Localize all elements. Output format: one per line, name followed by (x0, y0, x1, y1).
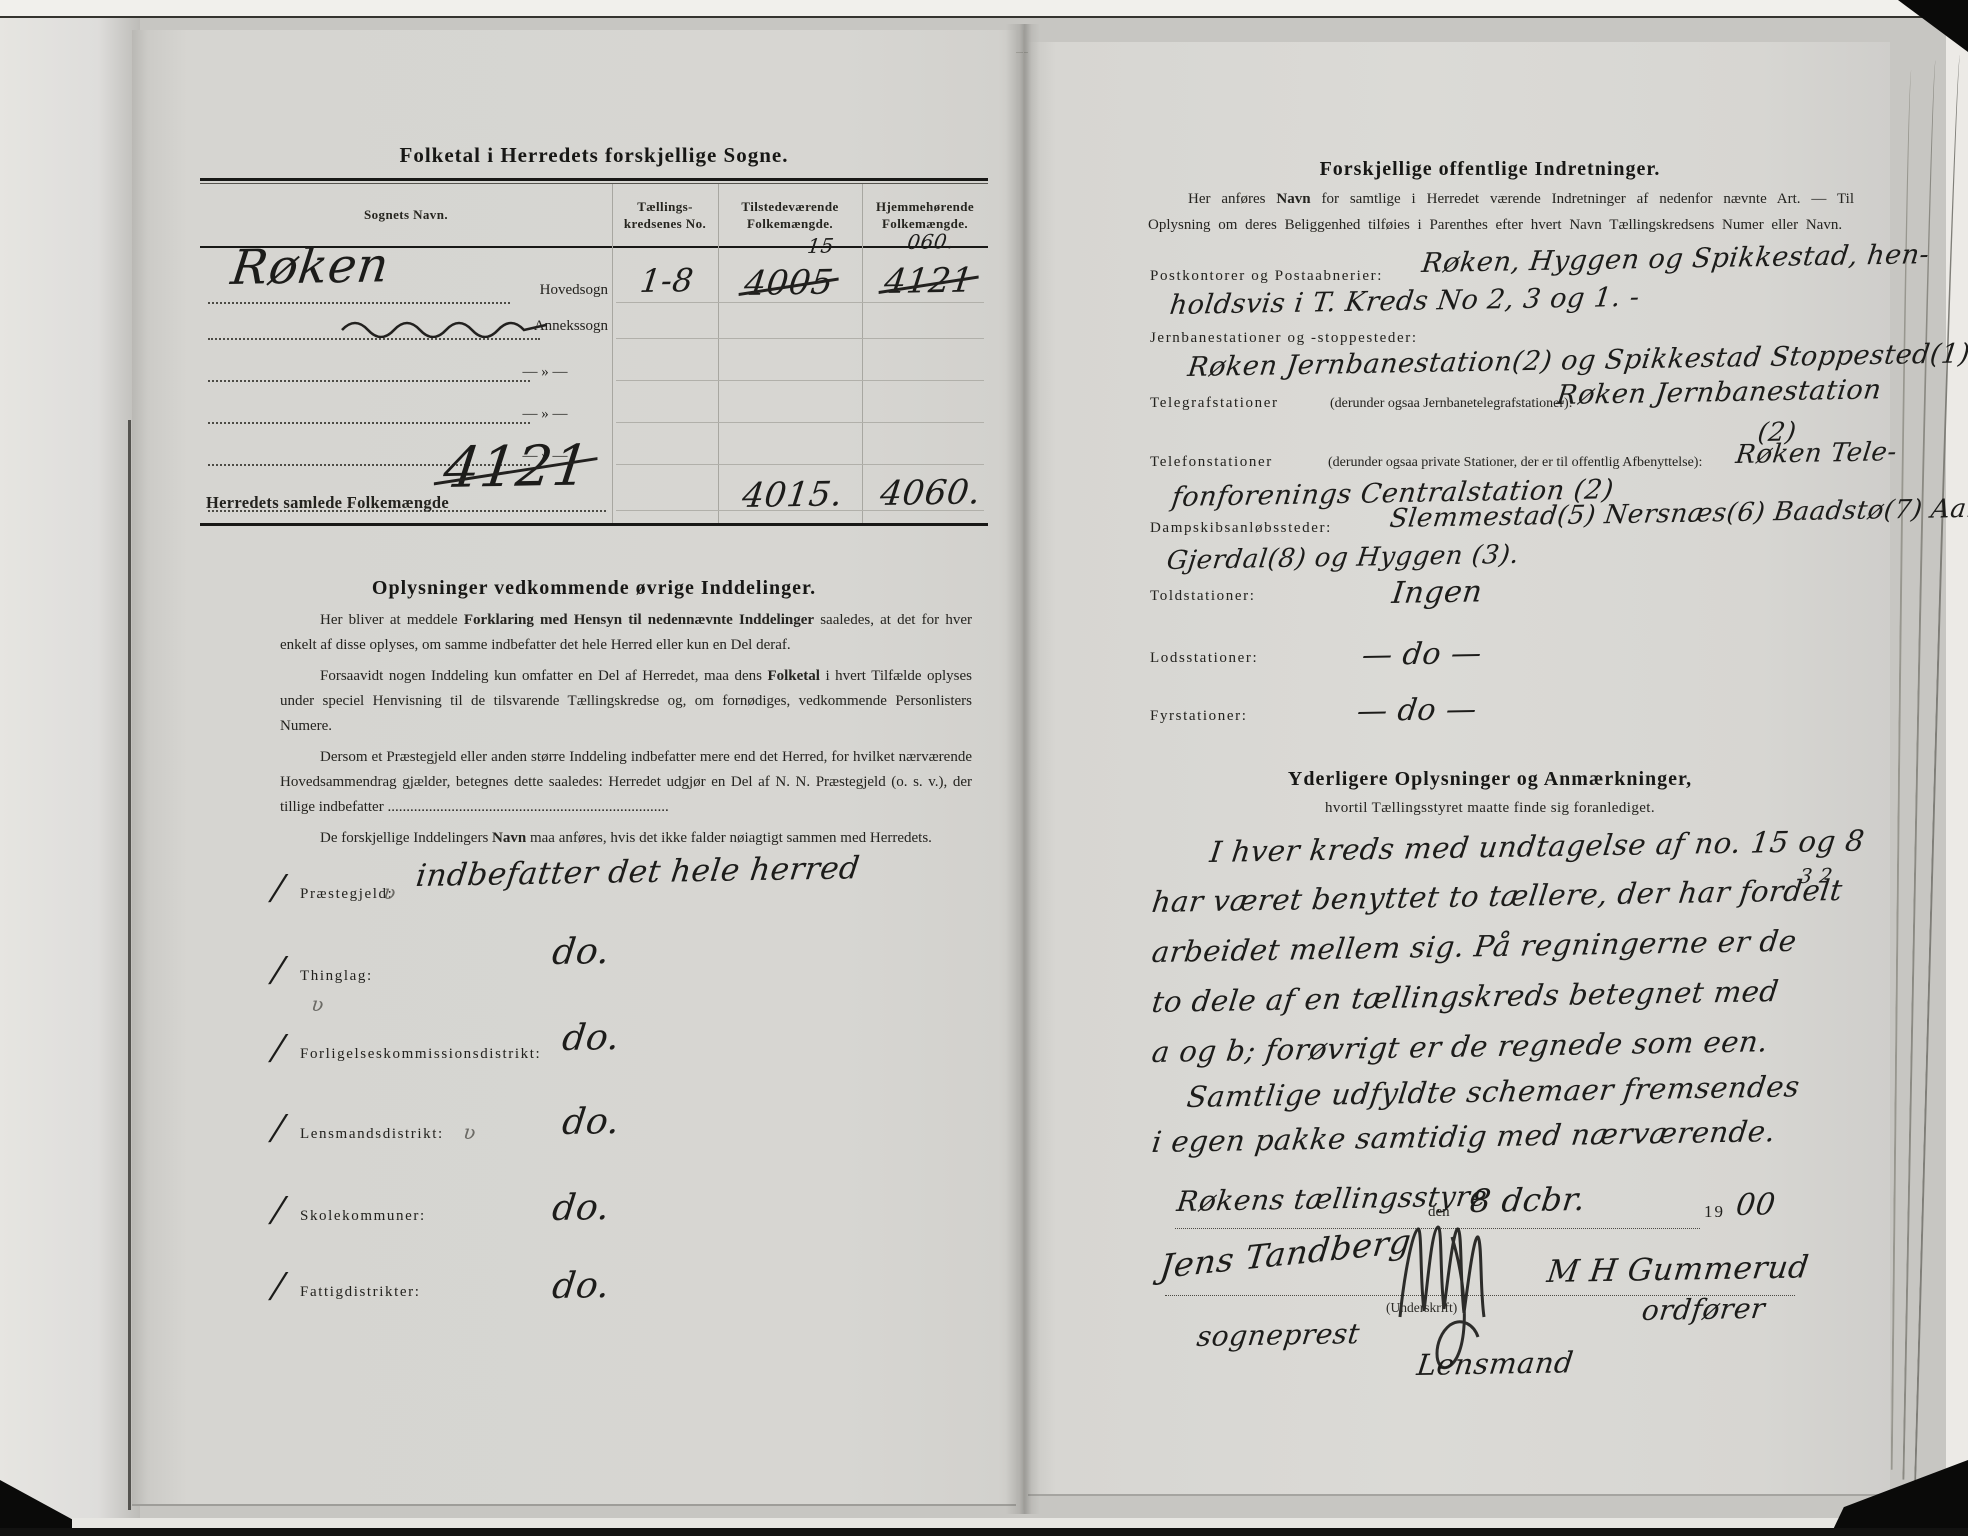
facility-value-told: Ingen (1390, 574, 1484, 611)
remarks-title: Yderligere Oplysninger og Anmærkninger, (1140, 768, 1840, 791)
remarks-note-line7: i egen pakke samtidig med nærværende. (1150, 1114, 1778, 1159)
present-population-struck: 4005 (742, 262, 836, 304)
facility-label-telegraf: Telegrafstationer (1150, 395, 1279, 412)
total-original-value: 4121 (440, 433, 593, 501)
facility-label-lods: Lodsstationer: (1150, 650, 1258, 667)
division-label-skolekommuner: Skolekommuner: (300, 1208, 426, 1225)
facility-paren-telefon: (derunder ogsaa private Stationer, der e… (1328, 455, 1702, 471)
info-paragraph-2: Forsaavidt nogen Inddeling kun omfatter … (280, 664, 972, 739)
facility-value-lods: — do — (1360, 636, 1484, 673)
hovedsogn-label: Hovedsogn (500, 282, 608, 299)
slash-mark: / (270, 868, 287, 908)
population-table: Sognets Navn. Tællings- kredsenes No. Ti… (200, 178, 988, 525)
pencil-check-mark: ʋ (382, 880, 398, 904)
facility-value-post-line1: Røken, Hyggen og Spikkestad, hen- (1420, 239, 1931, 279)
total-present-population: 4015. (740, 474, 845, 516)
pencil-check-mark: ʋ (462, 1120, 478, 1144)
facility-label-told: Toldstationer: (1150, 588, 1256, 605)
signoff-year-handwritten: 00 (1734, 1187, 1778, 1223)
slash-mark: / (270, 1028, 287, 1068)
circuit-numbers-handwritten: 1-8 (638, 261, 696, 300)
slash-mark: / (270, 1108, 287, 1148)
home-population-correction: 060. (906, 229, 956, 254)
division-value-fattigdistrikter: do. (550, 1265, 612, 1307)
signature-sogneprest-role: sogneprest (1195, 1317, 1362, 1353)
black-corner-top-right (1898, 0, 1968, 52)
home-population-original: 4121 (882, 260, 976, 302)
info-paragraph-4: De forskjellige Inddelingers Navn maa an… (280, 826, 972, 851)
table-rule-bottom (200, 523, 988, 526)
ditto-mark-row3: — » — (500, 364, 590, 381)
facility-label-jernbane: Jernbanestationer og -stoppesteder: (1150, 330, 1418, 347)
facility-value-telegraf-line1: Røken Jernbanestation (1555, 374, 1883, 411)
division-value-lensmand: do. (560, 1101, 622, 1143)
remarks-subtitle: hvortil Tællingsstyret maatte finde sig … (1140, 800, 1840, 817)
remarks-note-line2: har været benyttet to tællere, der har f… (1150, 873, 1844, 919)
signature-ordforer-role: ordfører (1640, 1292, 1767, 1327)
info-section-paragraphs: Her bliver at meddele Forklaring med Hen… (280, 608, 972, 857)
remarks-note-line5: a og b; forøvrigt er de regnede som een. (1150, 1024, 1770, 1069)
total-home-population: 4060. (878, 472, 983, 514)
division-label-thinglag: Thinglag: (300, 968, 373, 985)
facility-value-fyr: — do — (1355, 692, 1479, 729)
home-population-struck: 4121 (882, 260, 976, 302)
pencil-check-mark: ʋ (310, 992, 326, 1016)
present-population-original: 4005 (742, 262, 836, 304)
annekssogn-label: Annekssogn (500, 318, 608, 335)
signoff-year-printed: 19 (1704, 1202, 1725, 1222)
facility-label-fyr: Fyrstationer: (1150, 708, 1247, 725)
facility-value-telefon-line1: Røken Tele- (1734, 437, 1899, 470)
signature-ordforer-name: M H Gummerud (1545, 1249, 1811, 1290)
facility-label-telefon: Telefonstationer (1150, 454, 1273, 471)
facility-label-post: Postkontorer og Postaabnerier: (1150, 268, 1383, 285)
division-label-prestegjeld: Præstegjeld: (300, 886, 393, 903)
right-intro-paragraph: Her anføres Navn for samtlige i Herredet… (1148, 186, 1854, 238)
info-paragraph-1: Her bliver at meddele Forklaring med Hen… (280, 608, 972, 658)
facility-label-dampskib: Dampskibsanløbssteder: (1150, 520, 1332, 537)
info-paragraph-3: Dersom et Præstegjeld eller anden større… (280, 745, 972, 820)
slash-mark: / (270, 1190, 287, 1230)
census-book-scan: Folketal i Herredets forskjellige Sogne.… (0, 0, 1968, 1536)
ditto-mark-row4: — » — (500, 406, 590, 423)
underskrift-printed-label: (Underskrift) (1386, 1300, 1457, 1316)
remarks-note-line6: Samtlige udfyldte schemaer fremsendes (1185, 1069, 1802, 1114)
division-value-forligelse: do. (560, 1017, 622, 1059)
left-page-title: Folketal i Herredets forskjellige Sogne. (200, 143, 988, 168)
slash-mark: / (270, 950, 287, 990)
left-page-edge-shadow (128, 420, 131, 1510)
total-handwritten-struck: 4121 (440, 433, 593, 501)
slash-mark: / (270, 1266, 287, 1306)
facility-value-post-line2: holdsvis i T. Kreds No 2, 3 og 1. - (1168, 282, 1642, 321)
remarks-note-line1: I hver kreds med undtagelse af no. 15 og… (1208, 824, 1867, 869)
signature-lensmand-role: Lensmand (1415, 1345, 1576, 1382)
facility-value-dampskib-line2: Gjerdal(8) og Hyggen (3). (1165, 540, 1521, 576)
remarks-note-line4: to dele af en tællingskreds betegnet med (1150, 974, 1781, 1019)
division-label-fattigdistrikter: Fattigdistrikter: (300, 1284, 421, 1301)
division-value-skolekommuner: do. (550, 1187, 612, 1229)
left-page-content: Folketal i Herredets forskjellige Sogne.… (132, 30, 1016, 1504)
scan-left-margin (0, 18, 140, 1518)
parish-name-handwritten: Røken (228, 237, 392, 296)
book-spine-crease (1023, 30, 1024, 1510)
division-value-thinglag: do. (550, 931, 612, 973)
right-page-content: Forskjellige offentlige Indretninger. He… (1028, 42, 1890, 1494)
right-page-intro: Her anføres Navn for samtlige i Herredet… (1148, 186, 1854, 238)
total-row-label: Herredets samlede Folkemængde (206, 493, 449, 513)
division-label-lensmand: Lensmandsdistrikt: (300, 1126, 444, 1143)
black-bottom-edge (0, 1528, 1968, 1536)
total-row-cell-line (616, 178, 984, 511)
table-column-divider (612, 184, 613, 523)
present-population-correction: 15 (806, 234, 835, 258)
division-value-prestegjeld: indbefatter det hele herred (414, 850, 862, 894)
info-section-title: Oplysninger vedkommende øvrige Inddeling… (200, 577, 988, 600)
remarks-note-line3: arbeidet mellem sig. På regningerne er d… (1150, 924, 1799, 969)
right-page-title: Forskjellige offentlige Indretninger. (1140, 158, 1840, 181)
division-label-forligelse: Forligelseskommissionsdistrikt: (300, 1046, 541, 1063)
scan-top-background (0, 0, 1968, 16)
facility-paren-telegraf: (derunder ogsaa Jernbanetelegrafstatione… (1330, 396, 1573, 412)
